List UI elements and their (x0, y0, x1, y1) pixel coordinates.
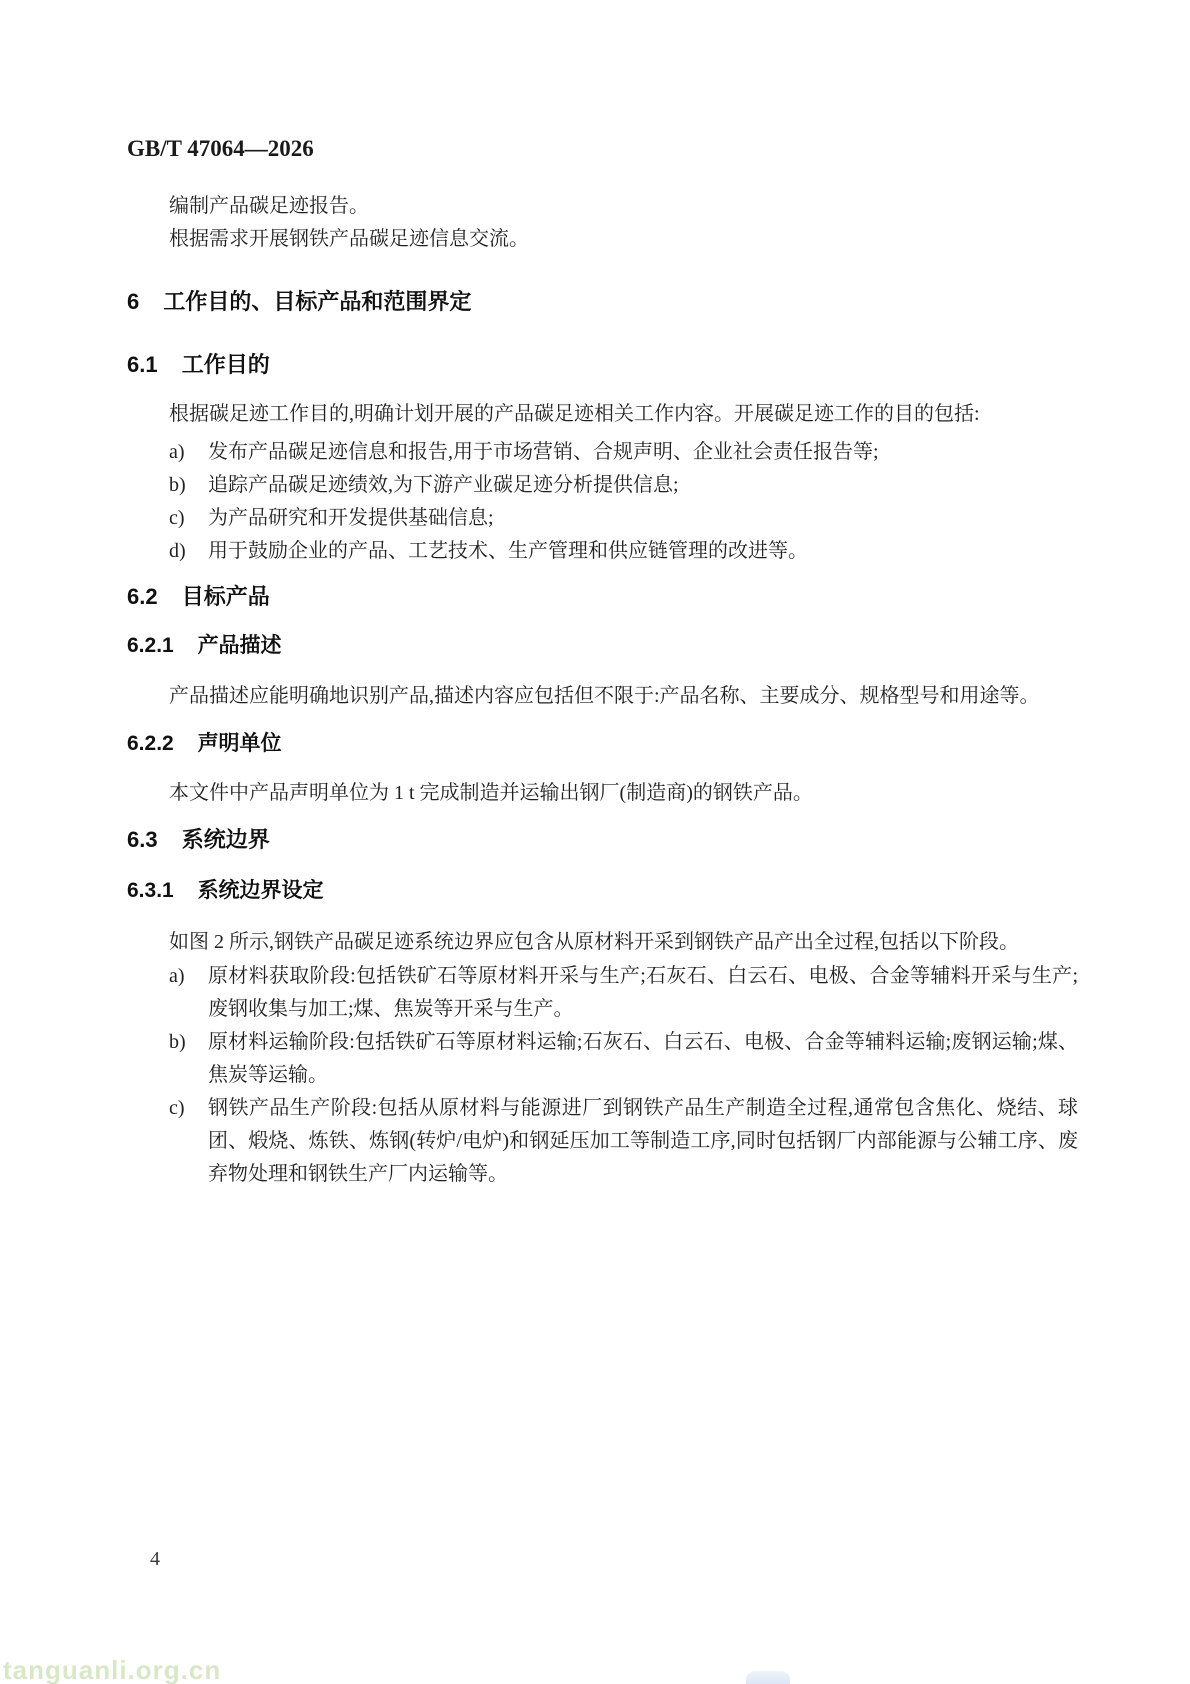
list-item-label: b) (169, 1026, 186, 1059)
section-6-1-paragraph: 根据碳足迹工作目的,明确计划开展的产品碳足迹相关工作内容。开展碳足迹工作的目的包… (127, 398, 1078, 431)
page-number: 4 (150, 1547, 160, 1571)
section-title: 系统边界设定 (198, 879, 324, 902)
section-number: 6.2.2 (127, 732, 174, 755)
section-6-2-2-paragraph: 本文件中产品声明单位为 1 t 完成制造并运输出钢厂(制造商)的钢铁产品。 (127, 777, 1078, 810)
list-item-label: c) (169, 502, 185, 535)
section-number: 6 (127, 289, 139, 314)
section-6-2-heading: 6.2 目标产品 (127, 583, 1078, 611)
list-item-label: b) (169, 469, 186, 502)
list-item-text: 用于鼓励企业的产品、工艺技术、生产管理和供应链管理的改进等。 (208, 540, 808, 562)
purpose-list: a) 发布产品碳足迹信息和报告,用于市场营销、合规声明、企业社会责任报告等; b… (127, 436, 1078, 568)
watermark-text: tanguanli.org.cn (3, 1655, 221, 1684)
list-item: c) 钢铁产品生产阶段:包括从原材料与能源进厂到钢铁产品生产制造全过程,通常包含… (127, 1092, 1078, 1191)
list-item: d) 用于鼓励企业的产品、工艺技术、生产管理和供应链管理的改进等。 (127, 535, 1078, 568)
list-item-text: 原材料获取阶段:包括铁矿石等原材料开采与生产;石灰石、白云石、电极、合金等辅料开… (208, 965, 1078, 1020)
list-item-label: c) (169, 1092, 185, 1125)
section-6-heading: 6 工作目的、目标产品和范围界定 (127, 288, 1078, 316)
section-6-1-heading: 6.1 工作目的 (127, 351, 1078, 379)
list-item-label: a) (169, 960, 185, 993)
section-title: 系统边界 (182, 827, 270, 852)
section-title: 产品描述 (198, 634, 282, 657)
intro-paragraph: 编制产品碳足迹报告。 根据需求开展钢铁产品碳足迹信息交流。 (127, 190, 1078, 256)
section-title: 工作目的、目标产品和范围界定 (163, 289, 471, 314)
list-item: c) 为产品研究和开发提供基础信息; (127, 502, 1078, 535)
corner-decoration-blob (746, 1671, 790, 1684)
section-number: 6.3.1 (127, 879, 174, 902)
list-item-text: 钢铁产品生产阶段:包括从原材料与能源进厂到钢铁产品生产制造全过程,通常包含焦化、… (208, 1097, 1078, 1185)
section-6-3-1-heading: 6.3.1 系统边界设定 (127, 877, 1078, 904)
list-item-text: 为产品研究和开发提供基础信息; (208, 507, 494, 529)
system-boundary-stage-list: a) 原材料获取阶段:包括铁矿石等原材料开采与生产;石灰石、白云石、电极、合金等… (127, 960, 1078, 1191)
list-item: b) 原材料运输阶段:包括铁矿石等原材料运输;石灰石、白云石、电极、合金等辅料运… (127, 1026, 1078, 1092)
section-title: 声明单位 (198, 732, 282, 755)
section-title: 工作目的 (182, 352, 270, 377)
list-item-label: d) (169, 535, 186, 568)
document-body: GB/T 47064—2026 编制产品碳足迹报告。 根据需求开展钢铁产品碳足迹… (0, 0, 1190, 1191)
section-number: 6.1 (127, 352, 158, 377)
standard-number-header: GB/T 47064—2026 (127, 0, 1078, 164)
list-item-text: 原材料运输阶段:包括铁矿石等原材料运输;石灰石、白云石、电极、合金等辅料运输;废… (208, 1031, 1078, 1086)
section-title: 目标产品 (182, 584, 270, 609)
section-6-2-1-heading: 6.2.1 产品描述 (127, 632, 1078, 659)
list-item: a) 原材料获取阶段:包括铁矿石等原材料开采与生产;石灰石、白云石、电极、合金等… (127, 960, 1078, 1026)
section-6-3-heading: 6.3 系统边界 (127, 826, 1078, 854)
section-number: 6.2 (127, 584, 158, 609)
list-item: a) 发布产品碳足迹信息和报告,用于市场营销、合规声明、企业社会责任报告等; (127, 436, 1078, 469)
list-item-text: 发布产品碳足迹信息和报告,用于市场营销、合规声明、企业社会责任报告等; (208, 441, 879, 463)
intro-line: 根据需求开展钢铁产品碳足迹信息交流。 (127, 223, 1078, 256)
section-number: 6.2.1 (127, 634, 174, 657)
section-number: 6.3 (127, 827, 158, 852)
list-item-label: a) (169, 436, 185, 469)
list-item: b) 追踪产品碳足迹绩效,为下游产业碳足迹分析提供信息; (127, 469, 1078, 502)
list-item-text: 追踪产品碳足迹绩效,为下游产业碳足迹分析提供信息; (208, 474, 679, 496)
section-6-2-1-paragraph: 产品描述应能明确地识别产品,描述内容应包括但不限于:产品名称、主要成分、规格型号… (127, 680, 1078, 713)
standard-document-page: GB/T 47064—2026 编制产品碳足迹报告。 根据需求开展钢铁产品碳足迹… (0, 0, 1190, 1684)
intro-line: 编制产品碳足迹报告。 (127, 190, 1078, 223)
section-6-2-2-heading: 6.2.2 声明单位 (127, 730, 1078, 757)
section-6-3-1-paragraph: 如图 2 所示,钢铁产品碳足迹系统边界应包含从原材料开采到钢铁产品产出全过程,包… (127, 926, 1078, 959)
